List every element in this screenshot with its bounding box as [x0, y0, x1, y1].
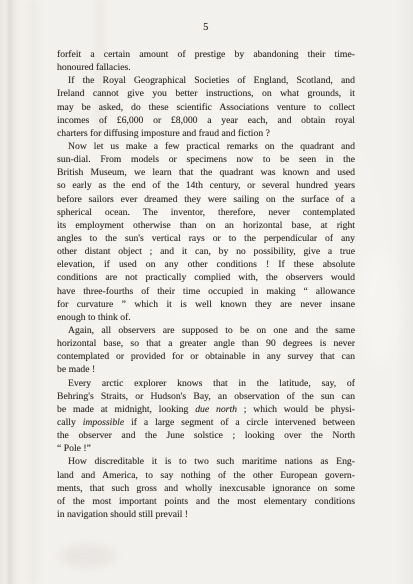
paragraph: Now let us make a few practical remarks … [57, 140, 355, 324]
text-line: incomes of £6,000 or £8,000 a year each,… [57, 114, 355, 127]
text-line: Behring's Straits, or Hudson's Bay, an o… [57, 390, 355, 403]
page-number: 5 [57, 22, 355, 33]
paragraph: How discreditable it is to two such mari… [57, 455, 355, 521]
book-page-scan: 5 forfeit a certain amount of prestige b… [0, 0, 413, 584]
text-line: honoured fallacies. [57, 61, 355, 74]
text-line: land and America, to say nothing of the … [57, 469, 355, 482]
text-line: Now let us make a few practical remarks … [57, 140, 355, 153]
text-line: enough to think of. [57, 311, 355, 324]
text-line: its employment otherwise than on an hori… [57, 219, 355, 232]
text-line: How discreditable it is to two such mari… [57, 455, 355, 468]
text-line: cally impossible if a large segment of a… [57, 416, 355, 429]
text-line: other distant object ; and it can, by no… [57, 245, 355, 258]
text-line: be made ! [57, 363, 355, 376]
page-text: forfeit a certain amount of prestige by … [57, 48, 355, 521]
text-line: ments, that such gross and wholly inexcu… [57, 482, 355, 495]
text-line: forfeit a certain amount of prestige by … [57, 48, 355, 61]
paragraph: forfeit a certain amount of prestige by … [57, 48, 355, 74]
paragraph: Again, all observers are supposed to be … [57, 324, 355, 377]
text-line: elevation, if used on any other conditio… [57, 258, 355, 271]
text-line: may be asked, do these scientific Associ… [57, 101, 355, 114]
text-line: Ireland cannot give you better instructi… [57, 87, 355, 100]
text-line: charters for diffusing imposture and fra… [57, 127, 355, 140]
text-line: before sailors ever dreamed they were sa… [57, 193, 355, 206]
scan-highlight [360, 250, 400, 370]
text-line: Every arctic explorer knows that in the … [57, 377, 355, 390]
text-line: contemplated or provided for or obtainab… [57, 350, 355, 363]
text-line: horizontal base, so that a greater angle… [57, 337, 355, 350]
text-line: have three-fourths of their time occupie… [57, 285, 355, 298]
text-line: angles to the sun's vertical rays or to … [57, 232, 355, 245]
text-line: British Museum, we learn that the quadra… [57, 166, 355, 179]
text-line: in navigation should still prevail ! [57, 508, 355, 521]
text-line: be made at midnight, looking due north ;… [57, 403, 355, 416]
text-line: conditions are not practically complied … [57, 271, 355, 284]
scan-smudge [60, 545, 115, 567]
paragraph: Every arctic explorer knows that in the … [57, 377, 355, 456]
text-line: so early as the end of the 14th century,… [57, 179, 355, 192]
paragraph: If the Royal Geographical Societies of E… [57, 74, 355, 140]
text-line: If the Royal Geographical Societies of E… [57, 74, 355, 87]
text-line: the observer and the June solstice ; loo… [57, 429, 355, 442]
text-line: “ Pole !” [57, 442, 355, 455]
text-line: of the most important points and the mos… [57, 495, 355, 508]
text-line: Again, all observers are supposed to be … [57, 324, 355, 337]
text-line: for curvature ” which it is well known t… [57, 298, 355, 311]
text-line: sun-dial. From models or specimens now t… [57, 153, 355, 166]
text-line: spherical ocean. The inventor, therefore… [57, 206, 355, 219]
scan-edge-shadow [28, 0, 38, 584]
